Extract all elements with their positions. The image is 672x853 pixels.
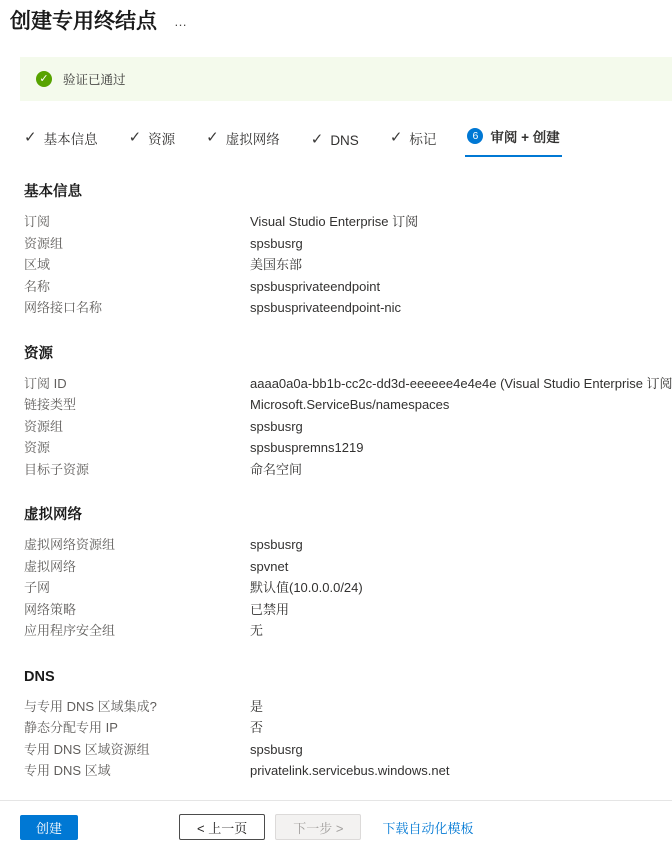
row-value: 已禁用 — [250, 599, 289, 621]
row-label: 资源组 — [24, 416, 250, 438]
row-label: 目标子资源 — [24, 459, 250, 481]
row-label: 子网 — [24, 577, 250, 599]
download-automation-template-link[interactable]: 下载自动化模板 — [382, 818, 473, 837]
row-label: 订阅 — [24, 211, 250, 233]
create-button[interactable]: 创建 — [20, 815, 78, 840]
row-label: 应用程序安全组 — [24, 620, 250, 642]
tab-dns[interactable]: ✓DNS — [309, 132, 361, 157]
tab-label: 虚拟网络 — [226, 128, 280, 148]
check-icon: ✓ — [129, 130, 142, 146]
success-check-icon: ✓ — [36, 71, 52, 87]
tab-tags[interactable]: ✓标记 — [388, 128, 439, 157]
footer-bar: 创建 < 上一页 下一步 > 下载自动化模板 — [0, 800, 672, 853]
review-row: 专用 DNS 区域资源组spsbusrg — [24, 739, 656, 761]
row-value: spsbusrg — [250, 739, 303, 761]
section-title: 基本信息 — [24, 183, 656, 201]
section-dns: DNS与专用 DNS 区域集成?是静态分配专用 IP否专用 DNS 区域资源组s… — [24, 668, 656, 782]
row-label: 专用 DNS 区域资源组 — [24, 739, 250, 761]
section-title: 虚拟网络 — [24, 506, 656, 524]
row-label: 区域 — [24, 254, 250, 276]
review-content: 基本信息订阅Visual Studio Enterprise 订阅资源组spsb… — [24, 183, 656, 782]
more-icon[interactable]: … — [174, 15, 189, 29]
check-icon: ✓ — [24, 130, 37, 146]
review-row: 名称spsbusprivateendpoint — [24, 276, 656, 298]
review-row: 区域美国东部 — [24, 254, 656, 276]
review-row: 虚拟网络spvnet — [24, 556, 656, 578]
next-step-button[interactable]: 下一步 > — [275, 814, 361, 840]
check-icon: ✓ — [311, 132, 324, 148]
row-value: spsbusprivateendpoint — [250, 276, 380, 298]
page-title: 创建专用终结点 — [10, 9, 157, 35]
review-row: 订阅Visual Studio Enterprise 订阅 — [24, 211, 656, 233]
review-row: 虚拟网络资源组spsbusrg — [24, 534, 656, 556]
section-virtual-network: 虚拟网络虚拟网络资源组spsbusrg虚拟网络spvnet子网默认值(10.0.… — [24, 506, 656, 642]
row-value: 否 — [250, 717, 263, 739]
review-row: 资源组spsbusrg — [24, 233, 656, 255]
review-row: 资源spsbuspremns1219 — [24, 437, 656, 459]
row-value: aaaa0a0a-bb1b-cc2c-dd3d-eeeeee4e4e4e (Vi… — [250, 373, 672, 395]
tab-virtual-network[interactable]: ✓虚拟网络 — [204, 128, 282, 157]
tab-label: 基本信息 — [44, 128, 98, 148]
review-row: 网络策略已禁用 — [24, 599, 656, 621]
tab-review-create[interactable]: 6审阅 + 创建 — [465, 126, 561, 157]
row-label: 与专用 DNS 区域集成? — [24, 696, 250, 718]
review-row: 目标子资源命名空间 — [24, 459, 656, 481]
row-value: spsbusrg — [250, 233, 303, 255]
section-resource: 资源订阅 IDaaaa0a0a-bb1b-cc2c-dd3d-eeeeee4e4… — [24, 345, 656, 481]
row-value: spsbusprivateendpoint-nic — [250, 297, 401, 319]
row-label: 名称 — [24, 276, 250, 298]
row-label: 网络接口名称 — [24, 297, 250, 319]
section-title: DNS — [24, 668, 656, 686]
tab-basics[interactable]: ✓基本信息 — [22, 128, 100, 157]
tab-label: DNS — [330, 133, 359, 148]
section-title: 资源 — [24, 345, 656, 363]
wizard-tabs: ✓基本信息✓资源✓虚拟网络✓DNS✓标记6审阅 + 创建 — [22, 126, 672, 157]
tab-label: 审阅 + 创建 — [490, 126, 559, 146]
row-label: 订阅 ID — [24, 373, 250, 395]
review-row: 与专用 DNS 区域集成?是 — [24, 696, 656, 718]
review-row: 链接类型Microsoft.ServiceBus/namespaces — [24, 394, 656, 416]
row-label: 虚拟网络资源组 — [24, 534, 250, 556]
row-value: Visual Studio Enterprise 订阅 — [250, 211, 418, 233]
review-row: 静态分配专用 IP否 — [24, 717, 656, 739]
row-value: spvnet — [250, 556, 288, 578]
section-basics: 基本信息订阅Visual Studio Enterprise 订阅资源组spsb… — [24, 183, 656, 319]
row-label: 专用 DNS 区域 — [24, 760, 250, 782]
row-value: privatelink.servicebus.windows.net — [250, 760, 449, 782]
row-label: 资源 — [24, 437, 250, 459]
review-row: 专用 DNS 区域privatelink.servicebus.windows.… — [24, 760, 656, 782]
validation-banner-text: 验证已通过 — [63, 70, 126, 88]
tab-label: 标记 — [409, 128, 436, 148]
row-value: 是 — [250, 696, 263, 718]
row-value: 美国东部 — [250, 254, 302, 276]
validation-banner: ✓ 验证已通过 — [20, 57, 672, 101]
previous-page-button[interactable]: < 上一页 — [179, 814, 265, 840]
row-label: 资源组 — [24, 233, 250, 255]
check-icon: ✓ — [390, 130, 403, 146]
review-row: 资源组spsbusrg — [24, 416, 656, 438]
check-icon: ✓ — [206, 130, 219, 146]
row-label: 静态分配专用 IP — [24, 717, 250, 739]
tab-label: 资源 — [148, 128, 175, 148]
row-value: 命名空间 — [250, 459, 302, 481]
tab-resource[interactable]: ✓资源 — [127, 128, 178, 157]
review-row: 应用程序安全组无 — [24, 620, 656, 642]
step-number-badge: 6 — [467, 128, 483, 144]
page-header: 创建专用终结点 … — [0, 0, 672, 35]
row-value: 默认值(10.0.0.0/24) — [250, 577, 363, 599]
row-label: 虚拟网络 — [24, 556, 250, 578]
row-label: 链接类型 — [24, 394, 250, 416]
review-row: 订阅 IDaaaa0a0a-bb1b-cc2c-dd3d-eeeeee4e4e4… — [24, 373, 656, 395]
row-value: spsbusrg — [250, 534, 303, 556]
review-row: 子网默认值(10.0.0.0/24) — [24, 577, 656, 599]
row-value: Microsoft.ServiceBus/namespaces — [250, 394, 449, 416]
row-value: 无 — [250, 620, 263, 642]
row-value: spsbusrg — [250, 416, 303, 438]
review-row: 网络接口名称spsbusprivateendpoint-nic — [24, 297, 656, 319]
row-label: 网络策略 — [24, 599, 250, 621]
row-value: spsbuspremns1219 — [250, 437, 363, 459]
